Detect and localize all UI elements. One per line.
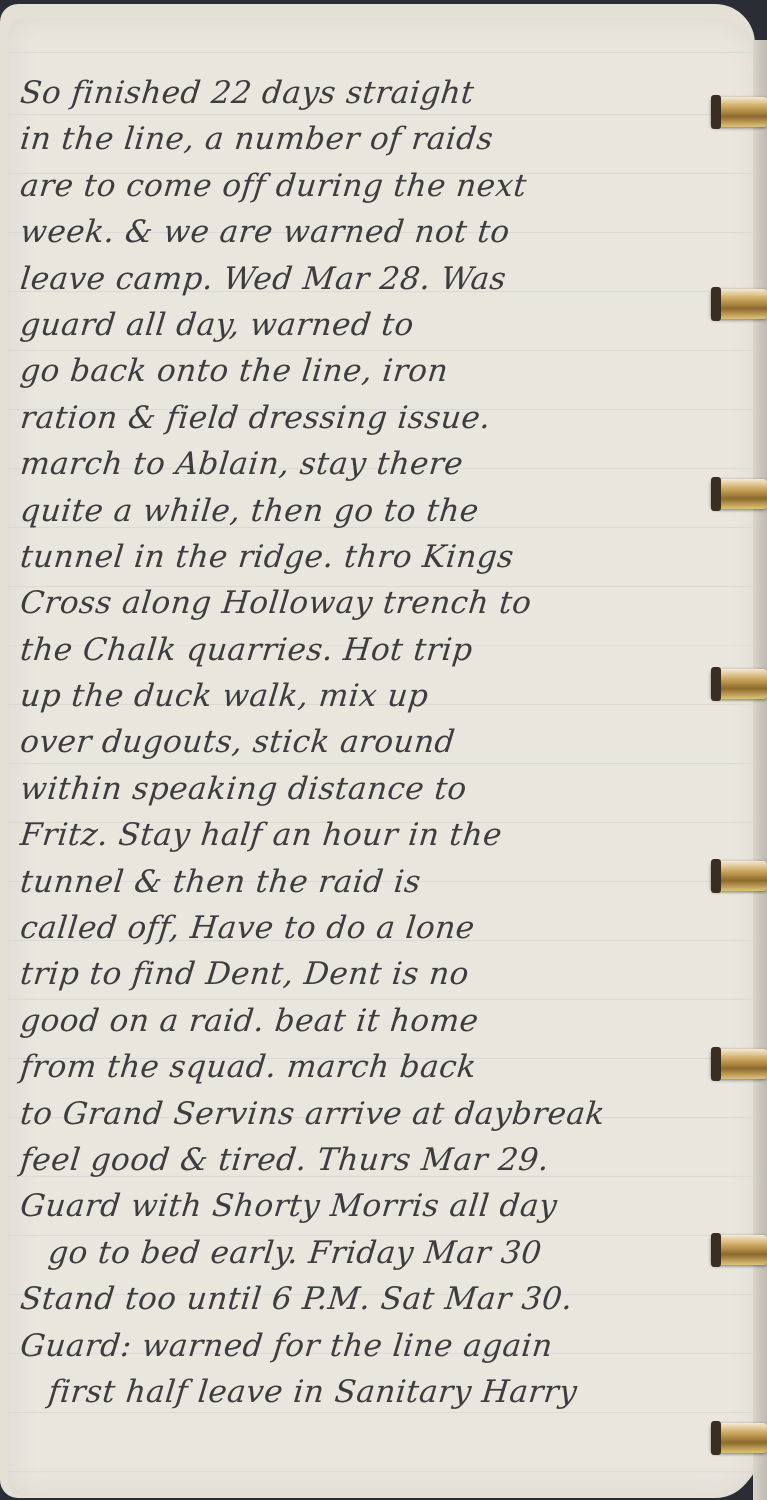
entry-line-1: So finished 22 days straight bbox=[18, 70, 723, 116]
entry-line-29: first half leave in Sanitary Harry bbox=[18, 1369, 723, 1415]
entry-line-25: Guard with Shorty Morris all day bbox=[18, 1183, 723, 1229]
entry-line-14: up the duck walk, mix up bbox=[18, 673, 723, 719]
spiral-ring-icon bbox=[711, 1049, 767, 1079]
entry-line-16: within speaking distance to bbox=[18, 766, 723, 812]
entry-line-9: march to Ablain, stay there bbox=[18, 441, 723, 487]
entry-line-15: over dugouts, stick around bbox=[18, 719, 723, 765]
entry-line-23: to Grand Servins arrive at daybreak bbox=[18, 1091, 723, 1137]
entry-line-13: the Chalk quarries. Hot trip bbox=[18, 627, 723, 673]
notebook-page: So finished 22 days straight in the line… bbox=[8, 18, 760, 1496]
spiral-ring-icon bbox=[711, 97, 767, 127]
entry-line-19: called off, Have to do a lone bbox=[18, 905, 723, 951]
entry-line-5: leave camp. Wed Mar 28. Was bbox=[18, 256, 723, 302]
entry-line-20: trip to find Dent, Dent is no bbox=[18, 951, 723, 997]
entry-line-21: good on a raid. beat it home bbox=[18, 998, 723, 1044]
spiral-ring-icon bbox=[711, 1423, 767, 1453]
entry-line-8: ration & field dressing issue. bbox=[18, 395, 723, 441]
entry-line-17: Fritz. Stay half an hour in the bbox=[18, 812, 723, 858]
next-page-edge bbox=[753, 40, 767, 1500]
entry-line-11: tunnel in the ridge. thro Kings bbox=[18, 534, 723, 580]
entry-line-2: in the line, a number of raids bbox=[18, 116, 723, 162]
entry-line-4: week. & we are warned not to bbox=[18, 209, 723, 255]
entry-line-10: quite a while, then go to the bbox=[18, 488, 723, 534]
spiral-ring-icon bbox=[711, 669, 767, 699]
entry-line-24: feel good & tired. Thurs Mar 29. bbox=[18, 1137, 723, 1183]
spiral-ring-icon bbox=[711, 1235, 767, 1265]
entry-line-12: Cross along Holloway trench to bbox=[18, 580, 723, 626]
spiral-ring-icon bbox=[711, 861, 767, 891]
entry-line-6: guard all day, warned to bbox=[18, 302, 723, 348]
entry-line-3: are to come off during the next bbox=[18, 163, 723, 209]
spiral-ring-icon bbox=[711, 479, 767, 509]
entry-line-7: go back onto the line, iron bbox=[18, 348, 723, 394]
entry-line-22: from the squad. march back bbox=[18, 1044, 723, 1090]
entry-line-26: go to bed early. Friday Mar 30 bbox=[18, 1230, 723, 1276]
spiral-ring-icon bbox=[711, 289, 767, 319]
entry-line-28: Guard: warned for the line again bbox=[18, 1323, 723, 1369]
entry-line-27: Stand too until 6 P.M. Sat Mar 30. bbox=[18, 1276, 723, 1322]
handwritten-entry: So finished 22 days straight in the line… bbox=[18, 70, 718, 1415]
entry-line-18: tunnel & then the raid is bbox=[18, 859, 723, 905]
